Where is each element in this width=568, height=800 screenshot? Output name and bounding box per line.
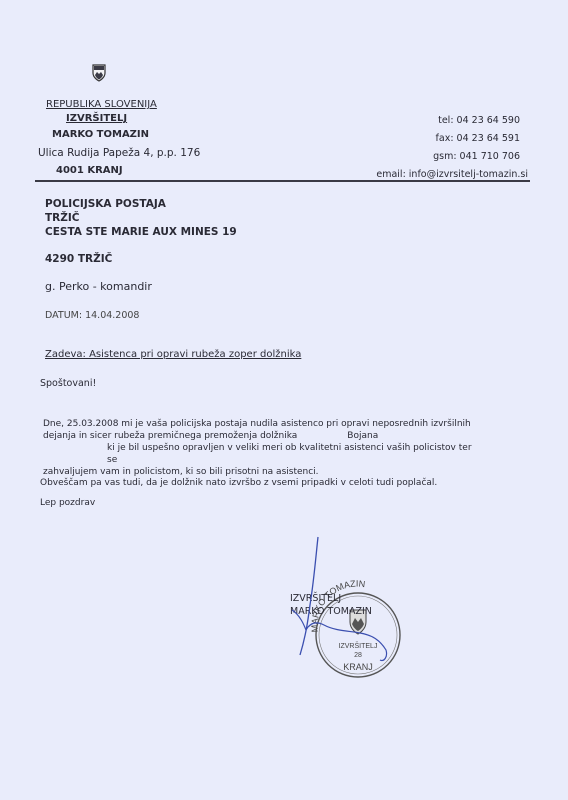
letter-date: DATUM: 14.04.2008 (45, 310, 139, 321)
coat-of-arms-icon (92, 64, 106, 82)
recipient-line1: POLICIJSKA POSTAJA (45, 198, 166, 210)
letterhead-city: 4001 KRANJ (56, 165, 123, 176)
body-line: Dne, 25.03.2008 mi je vaša policijska po… (43, 418, 483, 430)
contact-fax: fax: 04 23 64 591 (436, 130, 520, 148)
letterhead-office: IZVRŠITELJ (66, 113, 127, 124)
contact-tel: tel: 04 23 64 590 (438, 112, 520, 130)
handwritten-signature (280, 535, 400, 665)
body-line-text: dejanja in sicer rubeža premičnega premo… (43, 431, 297, 441)
debtor-name: Bojana (347, 431, 378, 441)
contact-gsm: gsm: 041 710 706 (433, 148, 520, 166)
recipient-line3: CESTA STE MARIE AUX MINES 19 (45, 226, 237, 238)
letterhead-street: Ulica Rudija Papeža 4, p.p. 176 (38, 147, 200, 159)
body-paragraph-1: Dne, 25.03.2008 mi je vaša policijska po… (43, 418, 483, 478)
closing: Lep pozdrav (40, 498, 95, 508)
letterhead-country: REPUBLIKA SLOVENIJA (46, 99, 157, 110)
recipient-attention: g. Perko - komandir (45, 280, 152, 293)
recipient-postal: 4290 TRŽIČ (45, 253, 112, 265)
header-divider (35, 180, 530, 182)
salutation: Spoštovani! (40, 378, 96, 389)
letter-subject: Zadeva: Asistenca pri opravi rubeža zope… (45, 349, 301, 360)
body-line: ki je bil uspešno opravljen v veliki mer… (43, 442, 483, 466)
body-paragraph-2: Obveščam pa vas tudi, da je dolžnik nato… (40, 477, 510, 489)
body-line: dejanja in sicer rubeža premičnega premo… (43, 430, 483, 442)
letterhead-name: MARKO TOMAZIN (52, 129, 149, 140)
recipient-line2: TRŽIČ (45, 212, 79, 224)
